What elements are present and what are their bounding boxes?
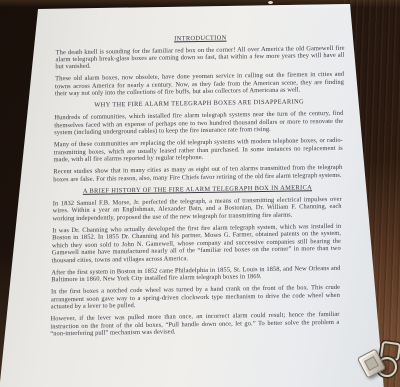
paragraph: Recent studies show that in many cities … bbox=[53, 164, 342, 183]
photo-background: INTRODUCTION The death knell is sounding… bbox=[0, 0, 400, 387]
paragraph: These old alarm boxes, now obsolete, hav… bbox=[55, 71, 344, 98]
paper-document: INTRODUCTION The death knell is sounding… bbox=[0, 0, 400, 387]
paragraph: In the first boxes a notched code wheel … bbox=[51, 284, 340, 311]
paragraph: In 1832 Samuel F.B. Morse, Jr. perfected… bbox=[52, 196, 341, 223]
paragraph: After the first system in Boston in 1852… bbox=[51, 264, 340, 283]
document-text: INTRODUCTION The death knell is sounding… bbox=[50, 31, 345, 343]
paragraph: Many of these communities are replacing … bbox=[54, 137, 343, 164]
section-heading-brief-history: A BRIEF HISTORY OF THE FIRE ALARM TELEGR… bbox=[53, 184, 342, 196]
paragraph: However, if the lever was pulled more th… bbox=[50, 311, 339, 338]
key-tag bbox=[361, 340, 400, 387]
paragraph: The death knell is sounding for the fami… bbox=[55, 44, 344, 71]
paragraph: It was Dr. Channing who actually develop… bbox=[52, 223, 342, 265]
section-heading-introduction: INTRODUCTION bbox=[56, 32, 345, 44]
paragraph: Hundreds of communities, which installed… bbox=[54, 110, 343, 137]
dust-speck bbox=[268, 1, 273, 4]
section-heading-why-disappearing: WHY THE FIRE ALARM TELEGRAPH BOXES ARE D… bbox=[55, 98, 344, 110]
